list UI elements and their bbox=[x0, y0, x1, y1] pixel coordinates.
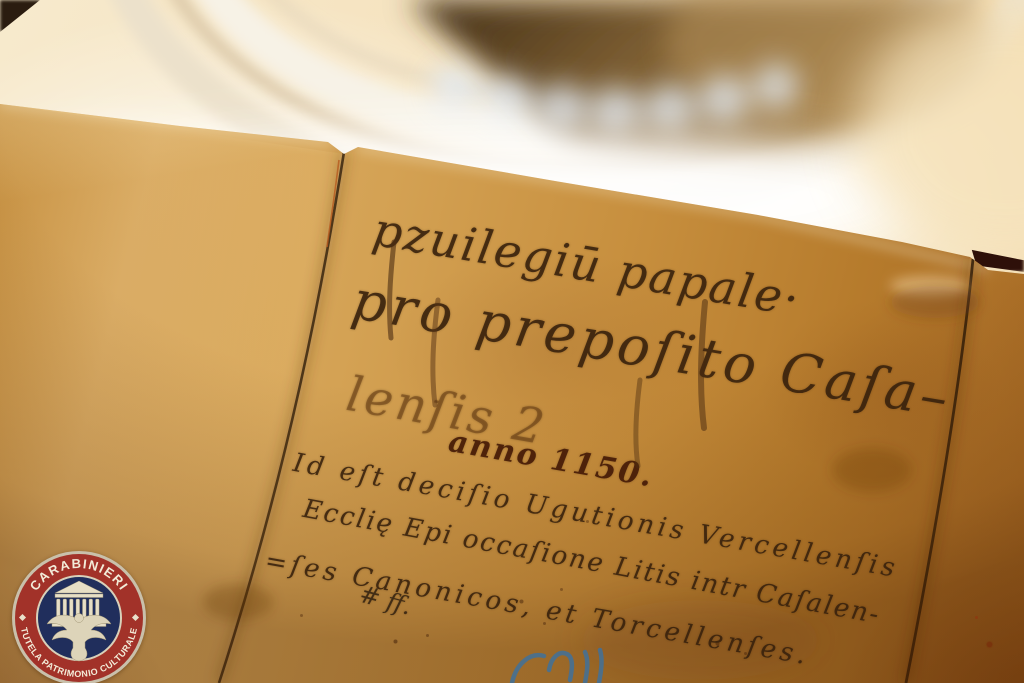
carabinieri-tpc-badge: CARABINIERI TUTELA PATRIMONIO CULTURALE bbox=[9, 548, 149, 683]
photo-parchment-under-examination-lamp: pzuilegiū papale· pro prepoſito Caſa– le… bbox=[0, 0, 1024, 683]
